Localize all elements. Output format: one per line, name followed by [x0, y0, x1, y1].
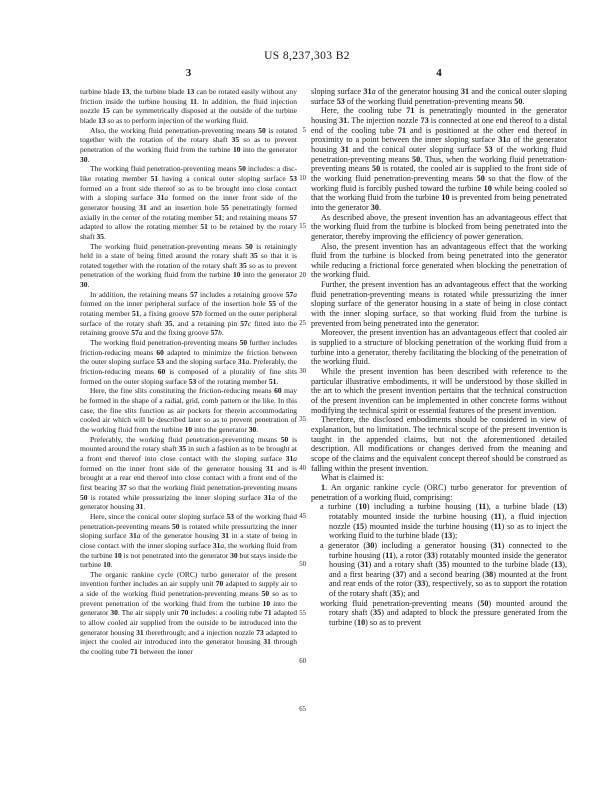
column-number-right: 4	[311, 67, 567, 79]
line-number: 20	[289, 271, 306, 281]
paragraph: The working fluid penetration-preventing…	[80, 164, 297, 241]
line-number: 45	[289, 512, 306, 522]
left-column: turbine blade 13, the turbine blade 13 c…	[80, 87, 297, 657]
paragraph: turbine blade 13, the turbine blade 13 c…	[80, 87, 297, 126]
paragraph: a turbine (10) including a turbine housi…	[311, 502, 567, 541]
paragraph: working fluid penetration-preventing mea…	[311, 599, 567, 628]
paragraph: Further, the present invention has an ad…	[311, 280, 567, 328]
paragraph: Also, the present invention has an advan…	[311, 242, 567, 281]
paragraph: The working fluid penetration-preventing…	[80, 242, 297, 290]
line-number: 65	[289, 705, 306, 715]
right-column: sloping surface 31a of the generator hou…	[311, 87, 567, 628]
patent-number: US 8,237,303 B2	[0, 50, 614, 62]
paragraph: The working fluid penetration-preventing…	[80, 338, 297, 386]
line-number: 10	[289, 174, 306, 184]
paragraph: In addition, the retaining means 57 incl…	[80, 290, 297, 338]
patent-page: US 8,237,303 B2 3 4 turbine blade 13, th…	[0, 0, 614, 792]
paragraph: Preferably, the working fluid penetratio…	[80, 435, 297, 512]
paragraph: What is claimed is:	[311, 473, 567, 483]
line-number: 30	[289, 367, 306, 377]
line-number: 50	[289, 560, 306, 570]
column-number-left: 3	[80, 67, 297, 79]
line-number: 40	[289, 464, 306, 474]
paragraph: Therefore, the disclosed embodiments sho…	[311, 415, 567, 473]
line-number: 55	[289, 609, 306, 619]
line-number: 35	[289, 415, 306, 425]
paragraph: Moreover, the present invention has an a…	[311, 328, 567, 367]
line-number: 25	[289, 319, 306, 329]
paragraph: 1. An organic rankine cycle (ORC) turbo …	[311, 483, 567, 502]
paragraph: sloping surface 31a of the generator hou…	[311, 87, 567, 106]
paragraph: Here, the cooling tube 71 is penetrating…	[311, 106, 567, 212]
line-number: 15	[289, 222, 306, 232]
paragraph: Also, the working fluid penetration-prev…	[80, 126, 297, 165]
line-number: 5	[289, 126, 306, 136]
paragraph: As described above, the present inventio…	[311, 213, 567, 242]
paragraph: While the present invention has been des…	[311, 367, 567, 415]
paragraph: Here, since the conical outer sloping su…	[80, 512, 297, 570]
paragraph: The organic rankine cycle (ORC) turbo ge…	[80, 570, 297, 657]
line-number: 60	[289, 657, 306, 667]
paragraph: a generator (30) including a generator h…	[311, 541, 567, 599]
paragraph: Here, the fine slits constituting the fr…	[80, 386, 297, 434]
